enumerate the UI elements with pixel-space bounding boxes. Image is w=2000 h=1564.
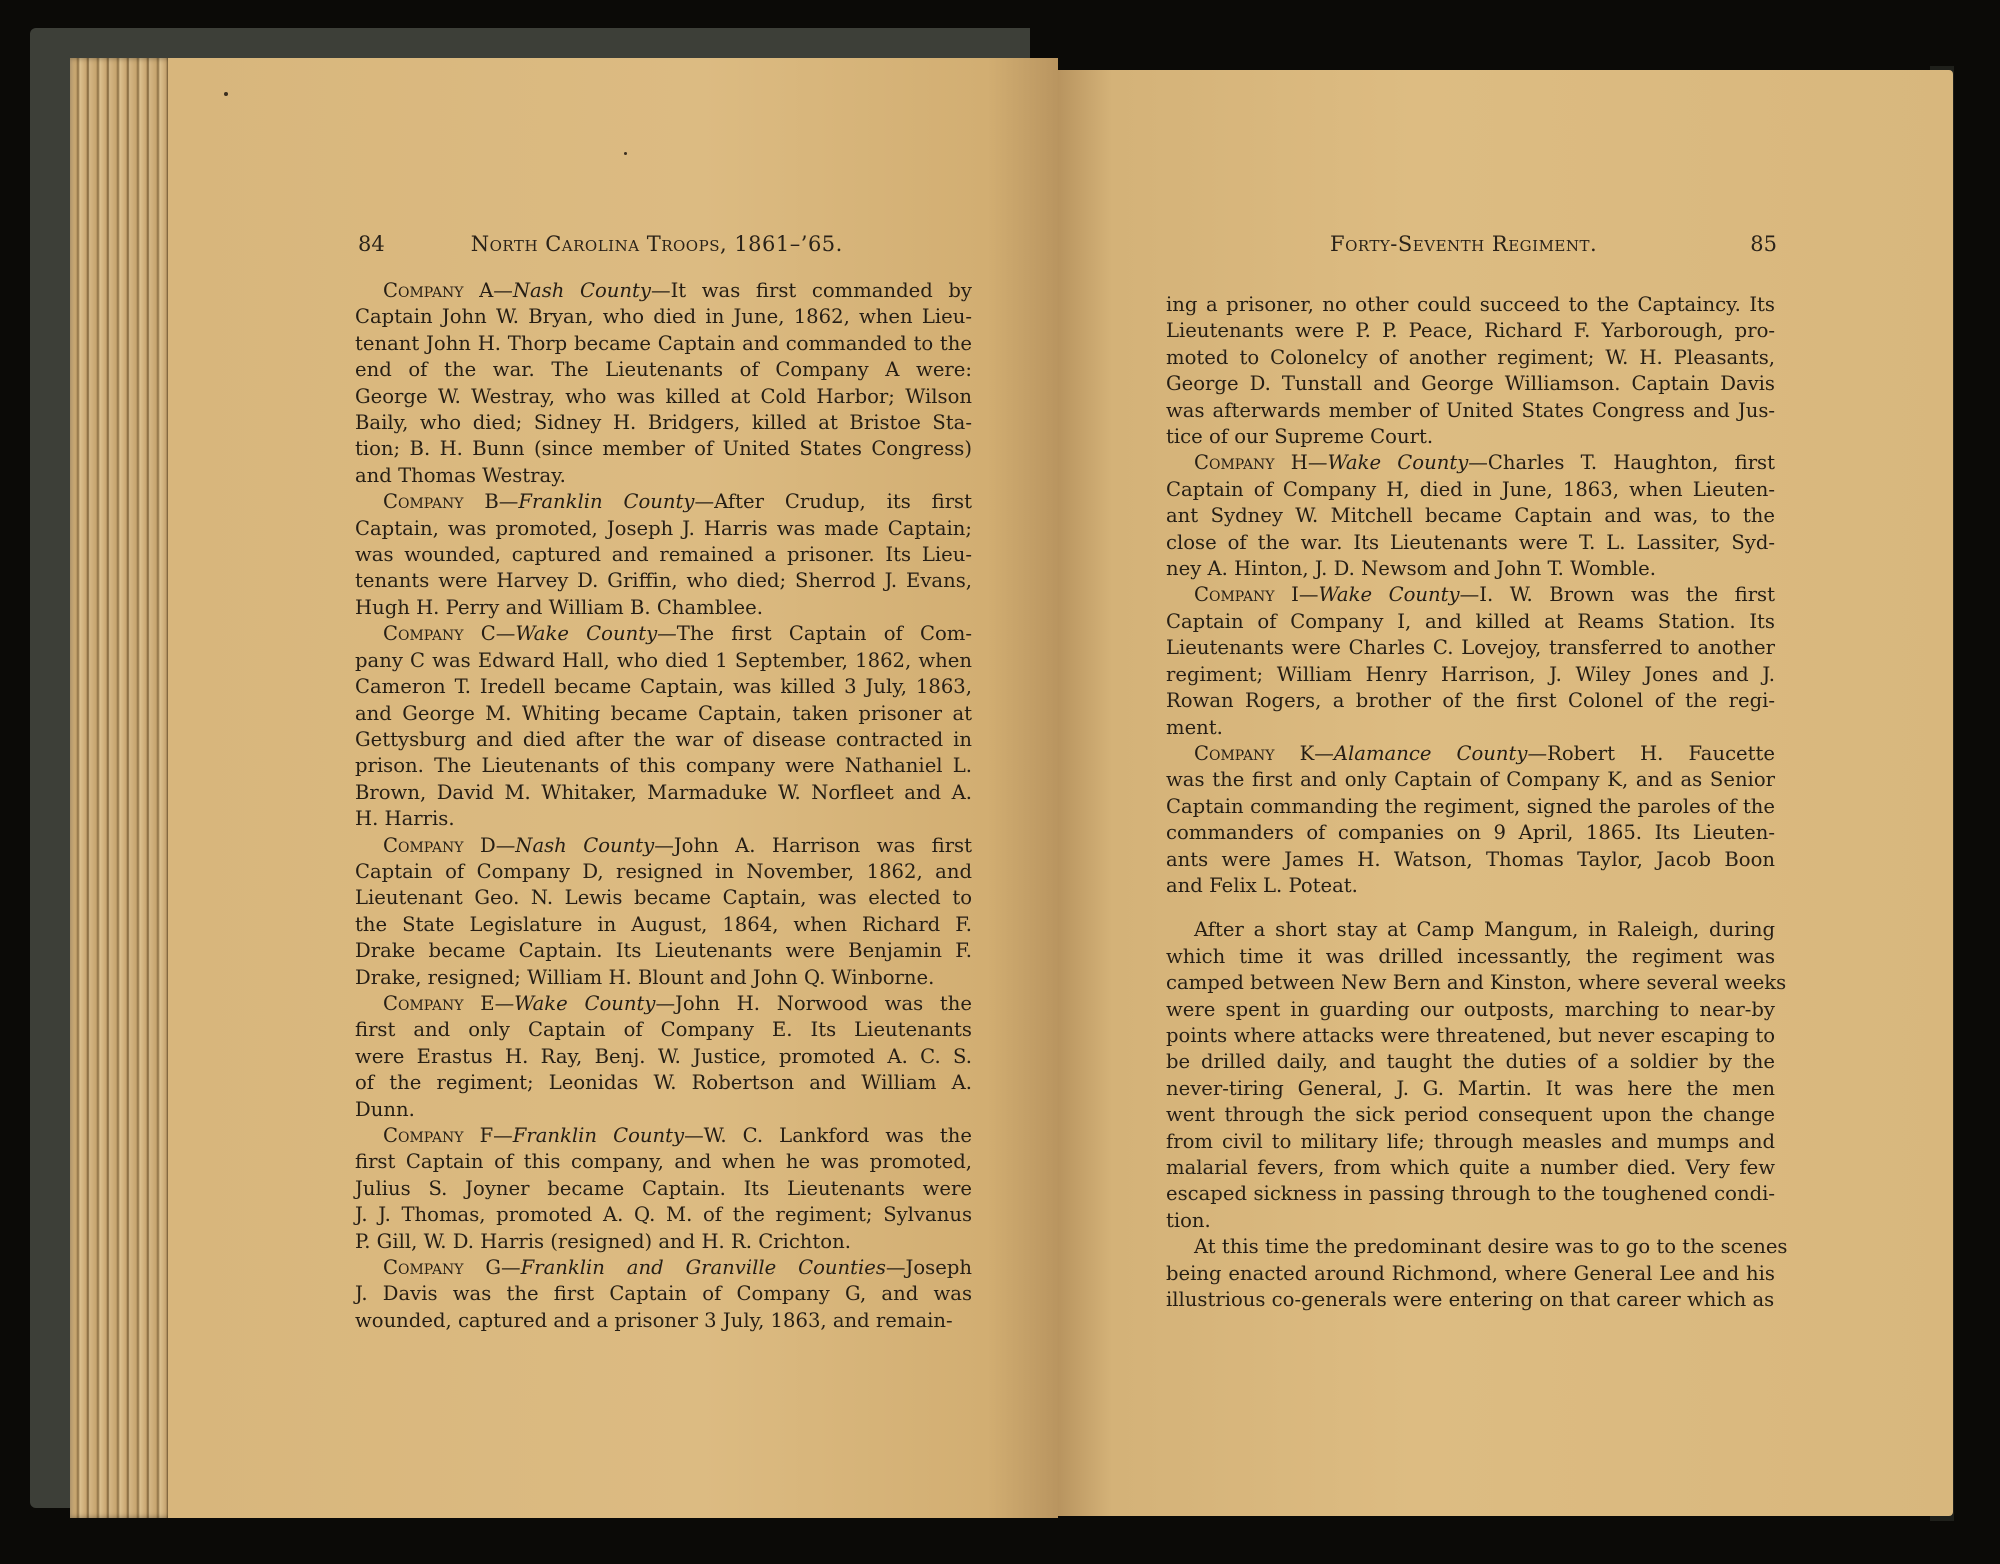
text-line: Company F—Franklin County—W. C. Lankford… [355,1123,972,1149]
line-text: end of the war. The Lieutenants of Compa… [355,358,972,381]
line-text: ney A. Hinton, J. D. Newsom and John T. … [1166,557,1656,580]
text-line: tenant John H. Thorp became Captain and … [355,331,972,357]
county-name: Wake County [1327,451,1468,474]
line-text: Robert H. Faucette [1547,742,1775,765]
line-text: It was first commanded by [671,279,972,302]
text-line: Captain John W. Bryan, who died in June,… [355,304,972,330]
text-line: pany C was Edward Hall, who died 1 Septe… [355,648,972,674]
line-text: tenants were Harvey D. Griffin, who died… [355,569,972,592]
county-name: Wake County [1318,583,1459,606]
text-line: was afterwards member of United States C… [1166,398,1775,424]
line-text: J. J. Thomas, promoted A. Q. M. of the r… [355,1203,972,1226]
line-text: Lieutenants were Charles C. Lovejoy, tra… [1166,636,1775,659]
text-line: Captain of Company H, died in June, 1863… [1166,477,1775,503]
line-text: pany C was Edward Hall, who died 1 Septe… [355,649,972,672]
text-line: P. Gill, W. D. Harris (resigned) and H. … [355,1229,972,1255]
line-text: and Felix L. Poteat. [1166,874,1358,897]
county-name: Nash County [513,279,651,302]
county-name: Nash County [515,834,654,857]
company-name: Company A [383,279,493,302]
line-text: Drake, resigned; William H. Blount and J… [355,966,934,989]
narrative-paragraph: After a short stay at Camp Mangum, in Ra… [1166,917,1775,1234]
line-text: Dunn. [355,1098,415,1121]
text-line: wounded, captured and a prisoner 3 July,… [355,1308,972,1334]
text-line: Lieutenants were Charles C. Lovejoy, tra… [1166,635,1775,661]
line-text: tenant John H. Thorp became Captain and … [355,332,972,355]
line-text: The first Captain of Com- [677,622,972,645]
text-line: Baily, who died; Sidney H. Bridgers, kil… [355,410,972,436]
text-line: Captain of Company D, resigned in Novemb… [355,859,972,885]
line-text: Baily, who died; Sidney H. Bridgers, kil… [355,411,972,434]
text-line: Drake, resigned; William H. Blount and J… [355,965,972,991]
company-name: Company H [1194,451,1308,474]
line-text: Captain of Company D, resigned in Novemb… [355,860,972,883]
text-line: ing a prisoner, no other could succeed t… [1166,292,1775,318]
text-line: Hugh H. Perry and William B. Chamblee. [355,595,972,621]
line-text: W. C. Lankford was the [704,1124,972,1147]
text-line: escaped sickness in passing through to t… [1166,1181,1775,1207]
text-line: At this time the predominant desire was … [1166,1234,1775,1260]
text-line: Julius S. Joyner became Captain. Its Lie… [355,1176,972,1202]
text-line: and Thomas Westray. [355,463,972,489]
text-line: being enacted around Richmond, where Gen… [1166,1261,1775,1287]
text-line: regiment; William Henry Harrison, J. Wil… [1166,662,1775,688]
text-line: be drilled daily, and taught the duties … [1166,1049,1775,1075]
county-name: Franklin County [513,1124,684,1147]
company-name: Company G [383,1256,501,1279]
text-line: Company I—Wake County—I. W. Brown was th… [1166,582,1775,608]
company-paragraph: Company C—Wake County—The first Captain … [355,621,972,832]
company-paragraph: Company K—Alamance County—Robert H. Fauc… [1166,741,1775,899]
line-text: regiment; William Henry Harrison, J. Wil… [1166,663,1775,686]
company-name: Company F [383,1124,493,1147]
county-name: Alamance County [1334,742,1528,765]
line-text: of the regiment; Leonidas W. Robertson a… [355,1071,972,1094]
company-paragraph: Company G—Franklin and Granville Countie… [355,1255,972,1334]
text-line: never-tiring General, J. G. Martin. It w… [1166,1076,1775,1102]
page-number: 85 [1750,232,1777,256]
text-line: ant Sydney W. Mitchell became Captain an… [1166,503,1775,529]
company-paragraph: Company E—Wake County—John H. Norwood wa… [355,991,972,1123]
line-text: George W. Westray, who was killed at Col… [355,385,972,408]
text-line: close of the war. Its Lieutenants were T… [1166,530,1775,556]
text-line: of the regiment; Leonidas W. Robertson a… [355,1070,972,1096]
text-line: was the first and only Captain of Compan… [1166,767,1775,793]
line-text: I. W. Brown was the first [1479,583,1775,606]
text-line: commanders of companies on 9 April, 1865… [1166,820,1775,846]
text-line: Lieutenants were P. P. Peace, Richard F.… [1166,318,1775,344]
text-line: points where attacks were threatened, bu… [1166,1023,1775,1049]
text-line: from civil to military life; through mea… [1166,1129,1775,1155]
text-line: the State Legislature in August, 1864, w… [355,912,972,938]
line-text: Rowan Rogers, a brother of the first Col… [1166,689,1775,712]
text-line: George W. Westray, who was killed at Col… [355,384,972,410]
paper-speck [224,92,228,96]
text-line: and Felix L. Poteat. [1166,873,1775,899]
text-line: J. J. Thomas, promoted A. Q. M. of the r… [355,1202,972,1228]
text-line: went through the sick period consequent … [1166,1102,1775,1128]
text-line: prison. The Lieutenants of this company … [355,753,972,779]
text-line: tice of our Supreme Court. [1166,424,1775,450]
text-line: George D. Tunstall and George Williamson… [1166,371,1775,397]
county-name: Franklin and Granville Counties [521,1256,886,1279]
company-name: Company K [1194,742,1314,765]
line-text: first Captain of this company, and when … [355,1150,972,1173]
text-line: After a short stay at Camp Mangum, in Ra… [1166,917,1775,943]
text-line: Brown, David M. Whitaker, Marmaduke W. N… [355,780,972,806]
line-text: Hugh H. Perry and William B. Chamblee. [355,596,763,619]
line-text: Lieutenant Geo. N. Lewis became Captain,… [355,886,972,909]
line-text: P. Gill, W. D. Harris (resigned) and H. … [355,1230,851,1253]
text-line: and George M. Whiting became Captain, ta… [355,701,972,727]
line-text: Captain of Company I, and killed at Ream… [1166,610,1775,633]
line-text: the State Legislature in August, 1864, w… [355,913,972,936]
company-name: Company D [383,834,496,857]
company-paragraph: Company I—Wake County—I. W. Brown was th… [1166,582,1775,740]
line-text: first and only Captain of Company E. Its… [355,1018,972,1041]
line-text: ants were James H. Watson, Thomas Taylor… [1166,848,1775,871]
text-line: was wounded, captured and remained a pri… [355,542,972,568]
line-text: Brown, David M. Whitaker, Marmaduke W. N… [355,781,972,804]
text-line: Lieutenant Geo. N. Lewis became Captain,… [355,885,972,911]
text-line: Captain, was promoted, Joseph J. Harris … [355,516,972,542]
text-line: Company K—Alamance County—Robert H. Fauc… [1166,741,1775,767]
line-text: Captain John W. Bryan, who died in June,… [355,305,972,328]
company-name: Company I [1194,583,1299,606]
line-text: Captain commanding the regiment, signed … [1166,795,1775,818]
text-line: Company A—Nash County—It was first comma… [355,278,972,304]
text-line: tenants were Harvey D. Griffin, who died… [355,568,972,594]
line-text: ment. [1166,716,1223,739]
line-text: H. Harris. [355,807,455,830]
line-text: Cameron T. Iredell became Captain, was k… [355,675,972,698]
page-number: 84 [358,232,385,256]
text-line: J. Davis was the first Captain of Compan… [355,1281,972,1307]
continued-paragraph: ing a prisoner, no other could succeed t… [1166,292,1775,450]
line-text: tion; B. H. Bunn (since member of United… [355,437,972,460]
line-text: Captain, was promoted, Joseph J. Harris … [355,517,972,540]
text-line: Company D—Nash County—John A. Harrison w… [355,833,972,859]
text-line: were spent in guarding our outposts, mar… [1166,997,1775,1023]
running-head-title: North Carolina Troops, 1861–’65. [471,232,843,256]
line-text: Julius S. Joyner became Captain. Its Lie… [355,1177,972,1200]
text-line: which time it was drilled incessantly, t… [1166,944,1775,970]
right-text-column: ing a prisoner, no other could succeed t… [1166,292,1775,1313]
text-line: camped between New Bern and Kinston, whe… [1166,970,1775,996]
line-text: Captain of Company H, died in June, 1863… [1166,478,1775,501]
text-line: Captain of Company I, and killed at Ream… [1166,609,1775,635]
text-line: Company E—Wake County—John H. Norwood wa… [355,991,972,1017]
line-text: ant Sydney W. Mitchell became Captain an… [1166,504,1775,527]
text-line: tion. [1166,1208,1775,1234]
line-text: wounded, captured and a prisoner 3 July,… [355,1309,953,1332]
running-head-title: Forty-Seventh Regiment. [1330,232,1597,256]
company-name: Company C [383,622,496,645]
line-text: and George M. Whiting became Captain, ta… [355,702,972,725]
company-paragraph: Company F—Franklin County—W. C. Lankford… [355,1123,972,1255]
line-text: John A. Harrison was first [674,834,972,857]
line-text: were Erastus H. Ray, Benj. W. Justice, p… [355,1045,972,1068]
line-text: prison. The Lieutenants of this company … [355,754,972,777]
text-line: ment. [1166,715,1775,741]
county-name: Wake County [515,622,657,645]
line-text: Gettysburg and died after the war of dis… [355,728,972,751]
line-text: After Crudup, its first [714,490,972,513]
text-line: were Erastus H. Ray, Benj. W. Justice, p… [355,1044,972,1070]
line-text: commanders of companies on 9 April, 1865… [1166,821,1775,844]
text-line: Company B—Franklin County—After Crudup, … [355,489,972,515]
page-edges-stack [70,58,170,1518]
text-line: malarial fevers, from which quite a numb… [1166,1155,1775,1181]
text-line: Captain commanding the regiment, signed … [1166,794,1775,820]
company-name: Company E [383,992,495,1015]
text-line: first Captain of this company, and when … [355,1149,972,1175]
line-text: John H. Norwood was the [675,992,972,1015]
text-line: H. Harris. [355,806,972,832]
company-paragraph: Company B—Franklin County—After Crudup, … [355,489,972,621]
text-line: end of the war. The Lieutenants of Compa… [355,357,972,383]
text-line: Company G—Franklin and Granville Countie… [355,1255,972,1281]
text-line: illustrious co-generals were entering on… [1166,1287,1775,1313]
company-name: Company B [383,490,499,513]
text-line: ney A. Hinton, J. D. Newsom and John T. … [1166,556,1775,582]
company-paragraph: Company D—Nash County—John A. Harrison w… [355,833,972,991]
right-running-head: Forty-Seventh Regiment. 85 [1165,232,1777,262]
narrative-paragraph: At this time the predominant desire was … [1166,1234,1775,1313]
line-text: close of the war. Its Lieutenants were T… [1166,531,1775,554]
company-paragraph: Company A—Nash County—It was first comma… [355,278,972,489]
line-text: and Thomas Westray. [355,464,566,487]
line-text: was wounded, captured and remained a pri… [355,543,972,566]
company-paragraph: Company H—Wake County—Charles T. Haughto… [1166,450,1775,582]
line-text: J. Davis was the first Captain of Compan… [355,1282,972,1305]
county-name: Wake County [514,992,655,1015]
text-line: Drake became Captain. Its Lieutenants we… [355,938,972,964]
left-text-column: Company A—Nash County—It was first comma… [355,278,972,1334]
line-text: Charles T. Haughton, first [1488,451,1775,474]
text-line: Cameron T. Iredell became Captain, was k… [355,674,972,700]
text-line: Company H—Wake County—Charles T. Haughto… [1166,450,1775,476]
text-line: Gettysburg and died after the war of dis… [355,727,972,753]
paper-speck [624,152,627,155]
line-text: was the first and only Captain of Compan… [1166,768,1775,791]
text-line: ants were James H. Watson, Thomas Taylor… [1166,847,1775,873]
text-line: Company C—Wake County—The first Captain … [355,621,972,647]
text-line: first and only Captain of Company E. Its… [355,1017,972,1043]
left-running-head: 84 North Carolina Troops, 1861–’65. [358,232,978,262]
text-line: Rowan Rogers, a brother of the first Col… [1166,688,1775,714]
line-text: Joseph [906,1256,972,1279]
county-name: Franklin County [518,490,694,513]
text-line: tion; B. H. Bunn (since member of United… [355,436,972,462]
text-line: moted to Colonelcy of another regiment; … [1166,345,1775,371]
line-text: Drake became Captain. Its Lieutenants we… [355,939,972,962]
text-line: Dunn. [355,1097,972,1123]
